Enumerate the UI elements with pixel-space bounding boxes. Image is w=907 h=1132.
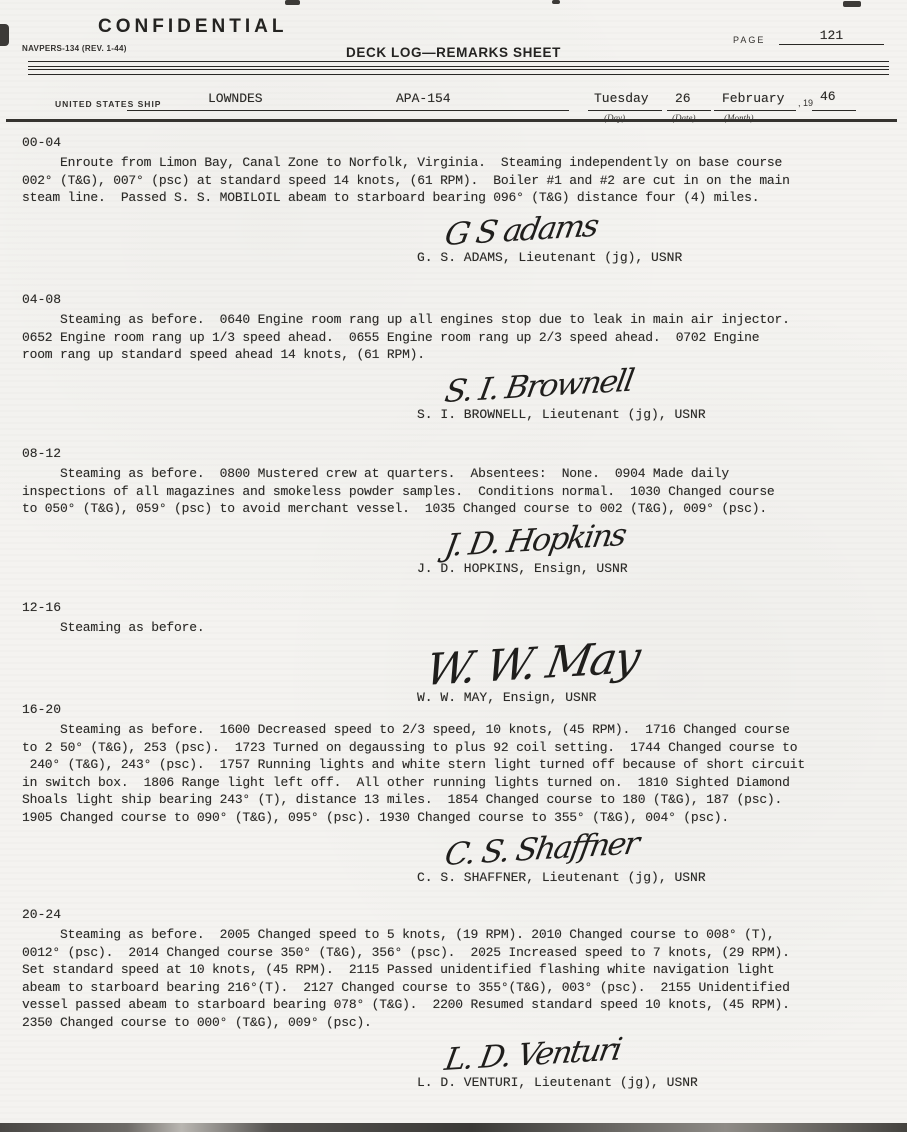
signature-block: J. D. Hopkins J. D. HOPKINS, Ensign, USN… [417, 527, 893, 576]
year-value: 46 [820, 89, 836, 104]
year-prefix: , 19 [798, 98, 813, 108]
ship-name: LOWNDES [208, 91, 263, 106]
log-line: 0652 Engine room rang up 1/3 speed ahead… [22, 329, 893, 347]
log-entry-04-08: 04-08 Steaming as before. 0640 Engine ro… [22, 292, 893, 422]
watch-period: 12-16 [22, 600, 893, 615]
signature-typed: S. I. BROWNELL, Lieutenant (jg), USNR [417, 407, 893, 422]
log-line: 0012° (psc). 2014 Changed course 350° (T… [22, 944, 893, 962]
signature-block: W. W. May W. W. MAY, Ensign, USNR [417, 646, 893, 705]
header-heavy-rule [6, 119, 897, 122]
log-paragraph: Steaming as before. 1600 Decreased speed… [22, 721, 893, 827]
log-entry-00-04: 00-04 Enroute from Limon Bay, Canal Zone… [22, 135, 893, 265]
scan-smudge-top-3 [843, 1, 861, 7]
log-line: vessel passed abeam to starboard bearing… [22, 996, 893, 1014]
ship-field-label: UNITED STATES SHIP [55, 99, 161, 109]
scan-smudge-top-2 [552, 0, 560, 4]
log-line: Steaming as before. 1600 Decreased speed… [22, 721, 893, 739]
date-field-underline [667, 109, 711, 111]
log-line: Shoals light ship bearing 243° (T), dist… [22, 791, 893, 809]
day-value: Tuesday [594, 91, 649, 106]
log-line: Enroute from Limon Bay, Canal Zone to No… [22, 154, 893, 172]
log-entry-08-12: 08-12 Steaming as before. 0800 Mustered … [22, 446, 893, 576]
log-line: in switch box. 1806 Range light left off… [22, 774, 893, 792]
signature-typed: J. D. HOPKINS, Ensign, USNR [417, 561, 893, 576]
log-line: to 2 50° (T&G), 253 (psc). 1723 Turned o… [22, 739, 893, 757]
day-field-underline [588, 109, 662, 111]
watch-period: 16-20 [22, 702, 893, 717]
signature-block: C. S. Shaffner C. S. SHAFFNER, Lieutenan… [417, 836, 893, 885]
log-entry-20-24: 20-24 Steaming as before. 2005 Changed s… [22, 907, 893, 1090]
log-line: Steaming as before. 0800 Mustered crew a… [22, 465, 893, 483]
log-entry-16-20: 16-20 Steaming as before. 1600 Decreased… [22, 702, 893, 885]
document-title: DECK LOG—REMARKS SHEET [0, 45, 907, 60]
year-field-underline [812, 109, 856, 111]
signature-block: G S adams G. S. ADAMS, Lieutenant (jg), … [417, 216, 893, 265]
log-line: 240° (T&G), 243° (psc). 1757 Running lig… [22, 756, 893, 774]
deck-log-page: CONFIDENTIAL PAGE 121 NAVPERS-134 (REV. … [0, 0, 907, 1132]
log-paragraph: Steaming as before. 2005 Changed speed t… [22, 926, 893, 1032]
signature-typed: L. D. VENTURI, Lieutenant (jg), USNR [417, 1075, 893, 1090]
header-divider-top [28, 61, 889, 67]
date-value: 26 [675, 91, 691, 106]
log-entry-12-16: 12-16 Steaming as before. W. W. May W. W… [22, 600, 893, 705]
page-label: PAGE [733, 35, 765, 45]
watch-period: 04-08 [22, 292, 893, 307]
header-divider-bottom [28, 69, 889, 75]
log-line: inspections of all magazines and smokele… [22, 483, 893, 501]
month-field-underline [714, 109, 796, 111]
hull-number: APA-154 [396, 91, 451, 106]
page-field: PAGE 121 [733, 26, 884, 45]
scan-smudge-left-edge [0, 24, 9, 46]
page-number: 121 [779, 28, 884, 45]
scan-edge-bottom-bar [0, 1123, 907, 1132]
watch-period: 20-24 [22, 907, 893, 922]
signature-block: S. I. Brownell S. I. BROWNELL, Lieutenan… [417, 373, 893, 422]
watch-period: 08-12 [22, 446, 893, 461]
scan-smudge-top-1 [285, 0, 300, 5]
log-line: Steaming as before. 2005 Changed speed t… [22, 926, 893, 944]
watch-period: 00-04 [22, 135, 893, 150]
log-line: Steaming as before. 0640 Engine room ran… [22, 311, 893, 329]
log-line: Set standard speed at 10 knots, (45 RPM)… [22, 961, 893, 979]
signature-typed: C. S. SHAFFNER, Lieutenant (jg), USNR [417, 870, 893, 885]
log-line: abeam to starboard bearing 216°(T). 2127… [22, 979, 893, 997]
log-line: 002° (T&G), 007° (psc) at standard speed… [22, 172, 893, 190]
signature-typed: G. S. ADAMS, Lieutenant (jg), USNR [417, 250, 893, 265]
classification-stamp: CONFIDENTIAL [98, 16, 287, 38]
signature-block: L. D. Venturi L. D. VENTURI, Lieutenant … [417, 1041, 893, 1090]
ship-field-underline [127, 109, 569, 111]
month-value: February [722, 91, 784, 106]
